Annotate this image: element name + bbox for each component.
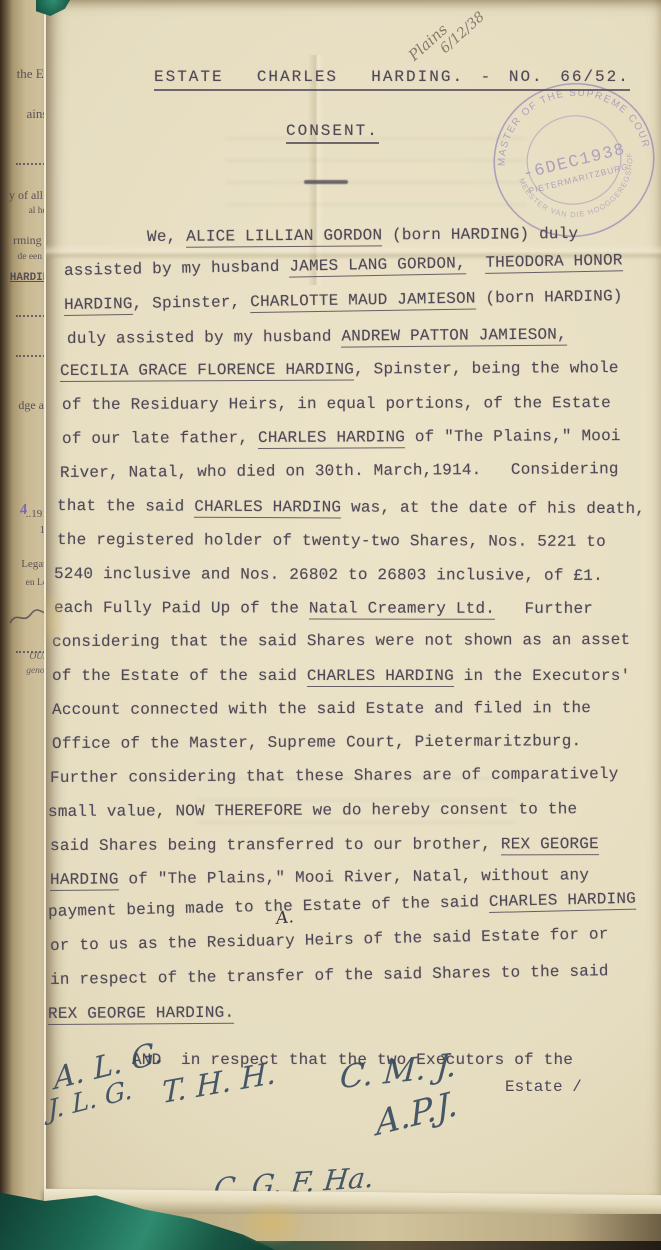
typed-line: the registered holder of twenty-two Shar… [57,531,606,551]
pencil-date: 6/12/38 [437,0,531,57]
typed-line: considering that the said Shares were no… [52,631,630,651]
typed-line: duly assisted by my husband ANDREW PATTO… [67,326,567,348]
typed-line: of our late father, CHARLES HARDING of "… [62,427,621,448]
document-title: ESTATE CHARLES HARDING. - NO. 66/52. [154,68,630,91]
typed-line: in respect of the transfer of the said S… [50,962,609,989]
document-page: MASTER OF THE SUPREME COURT MEESTER VAN … [44,0,661,1250]
stain [235,1202,307,1246]
signature-apj: A.P.J. [375,1083,459,1144]
typed-line: River, Natal, who died on 30th. March,19… [60,460,619,482]
typed-line: small value, NOW THEREFORE we do hereby … [48,800,577,821]
typed-line: HARDING, Spinster, CHARLOTTE MAUD JAMIES… [64,287,623,314]
typed-line: that the said CHARLES HARDING was, at th… [57,497,645,518]
typed-line: said Shares being transferred to our bro… [50,835,599,855]
typed-line: HARDING of "The Plains," Mooi River, Nat… [50,866,589,889]
document-photo: 4 the Exeains",y of all pral het erming … [0,0,661,1250]
typed-line: payment being made to the Estate of the … [48,890,636,921]
handwritten-numeral: 4 [19,502,29,520]
typed-line: We, ALICE LILLIAN GORDON (born HARDING) … [147,225,578,246]
typed-line: or to us as the Residuary Heirs of the s… [50,925,609,955]
typed-line: REX GEORGE HARDING. [48,1004,234,1023]
typed-line: of the Residuary Heirs, in equal portion… [62,394,611,414]
typed-line: Account connected with the said Estate a… [52,699,591,719]
document-subtitle: CONSENT. [286,122,379,144]
catchword: Estate / [505,1078,582,1096]
stain [40,588,66,652]
pencil-annotation: Plains 6/12/38 [405,0,531,76]
typed-line: CECILIA GRACE FLORENCE HARDING, Spinster… [60,359,619,380]
title-rule [304,180,348,184]
typed-line: Further considering that these Shares ar… [50,765,619,787]
typed-line: Office of the Master, Supreme Court, Pie… [52,732,581,753]
typed-line: of the Estate of the said CHARLES HARDIN… [52,667,630,685]
typed-line: each Fully Paid Up of the Natal Creamery… [54,599,593,618]
typed-line: 5240 inclusive and Nos. 26802 to 26803 i… [54,565,603,585]
